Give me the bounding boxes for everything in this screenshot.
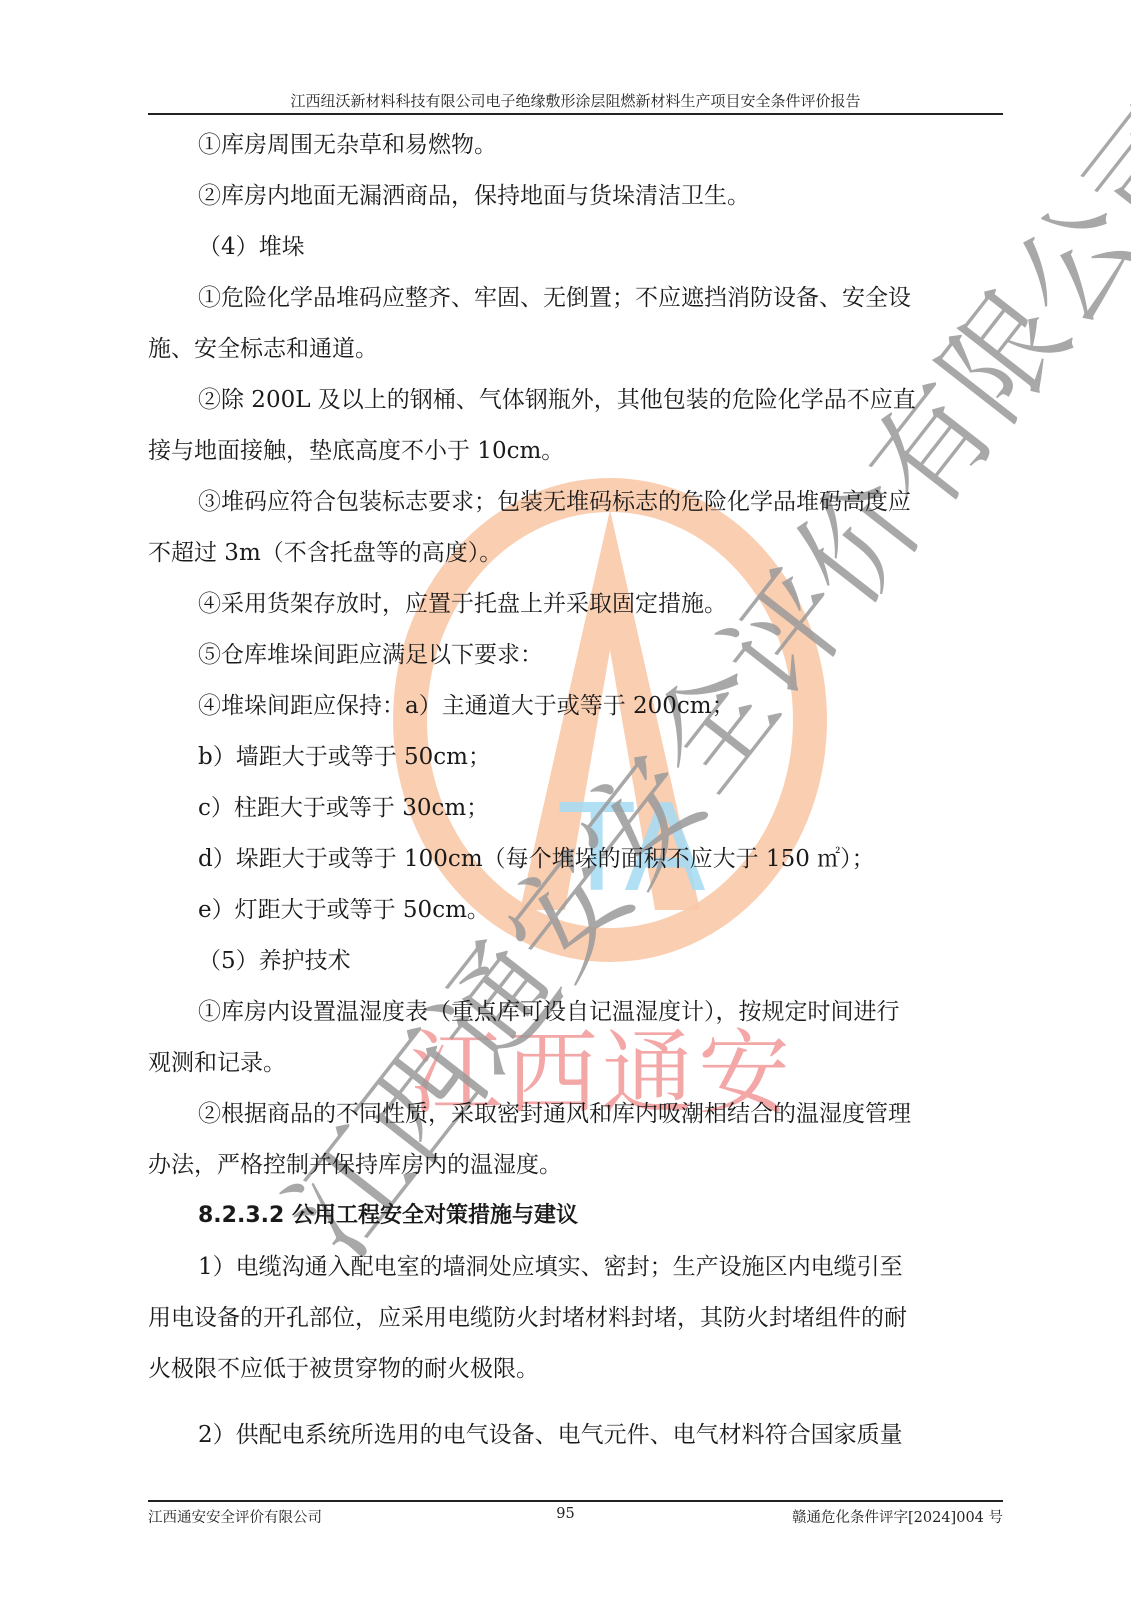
paragraph-line: ③堆码应符合包装标志要求；包装无堆码标志的危险化学品堆码高度应 [198,487,911,517]
paragraph-line: ④采用货架存放时，应置于托盘上并采取固定措施。 [198,589,727,619]
document-page: 江西纽沃新材料科技有限公司电子绝缘敷形涂层阻燃新材料生产项目安全条件评价报告 T… [0,0,1131,1600]
subsection-heading: （5）养护技术 [198,946,351,976]
paragraph-line: e）灯距大于或等于 50cm。 [198,895,490,925]
header-title: 江西纽沃新材料科技有限公司电子绝缘敷形涂层阻燃新材料生产项目安全条件评价报告 [148,90,1003,111]
paragraph-line: d）垛距大于或等于 100cm（每个堆垛的面积不应大于 150 ㎡）； [198,844,875,874]
paragraph-line: b）墙距大于或等于 50cm； [198,742,491,772]
paragraph-line: 不超过 3m（不含托盘等的高度）。 [148,538,502,568]
paragraph-line: ②库房内地面无漏洒商品，保持地面与货垛清洁卫生。 [198,181,750,211]
paragraph-line: 用电设备的开孔部位，应采用电缆防火封堵材料封堵，其防火封堵组件的耐 [148,1303,907,1333]
paragraph-line: ①危险化学品堆码应整齐、牢固、无倒置；不应遮挡消防设备、安全设 [198,283,911,313]
paragraph-line: 1）电缆沟通入配电室的墙洞处应填实、密封；生产设施区内电缆引至 [198,1252,903,1282]
footer-divider [148,1500,1003,1502]
paragraph-line: 接与地面接触，垫底高度不小于 10cm。 [148,436,564,466]
subsection-heading: （4）堆垛 [198,232,305,262]
paragraph-line: c）柱距大于或等于 30cm； [198,793,489,823]
paragraph-line: ⑤仓库堆垛间距应满足以下要求： [198,640,543,670]
paragraph-line: ①库房周围无杂草和易燃物。 [198,130,497,160]
paragraph-line: ①库房内设置温湿度表（重点库可设自记温湿度计），按规定时间进行 [198,997,900,1027]
paragraph-line: ④堆垛间距应保持：a）主通道大于或等于 200cm； [198,691,735,721]
paragraph-line: 办法，严格控制并保持库房内的温湿度。 [148,1150,562,1180]
paragraph-line: 2）供配电系统所选用的电气设备、电气元件、电气材料符合国家质量 [198,1420,903,1450]
document-number: 赣通危化条件评字[2024]004 号 [792,1506,1003,1527]
paragraph-line: 观测和记录。 [148,1048,286,1078]
paragraph-line: 施、安全标志和通道。 [148,334,378,364]
section-heading: 8.2.3.2 公用工程安全对策措施与建议 [198,1201,578,1231]
paragraph-line: ②除 200L 及以上的钢桶、气体钢瓶外，其他包装的危险化学品不应直 [198,385,916,415]
paragraph-line: 火极限不应低于被贯穿物的耐火极限。 [148,1354,539,1384]
paragraph-line: ②根据商品的不同性质，采取密封通风和库内吸潮相结合的温湿度管理 [198,1099,911,1129]
header-divider [148,113,1003,115]
